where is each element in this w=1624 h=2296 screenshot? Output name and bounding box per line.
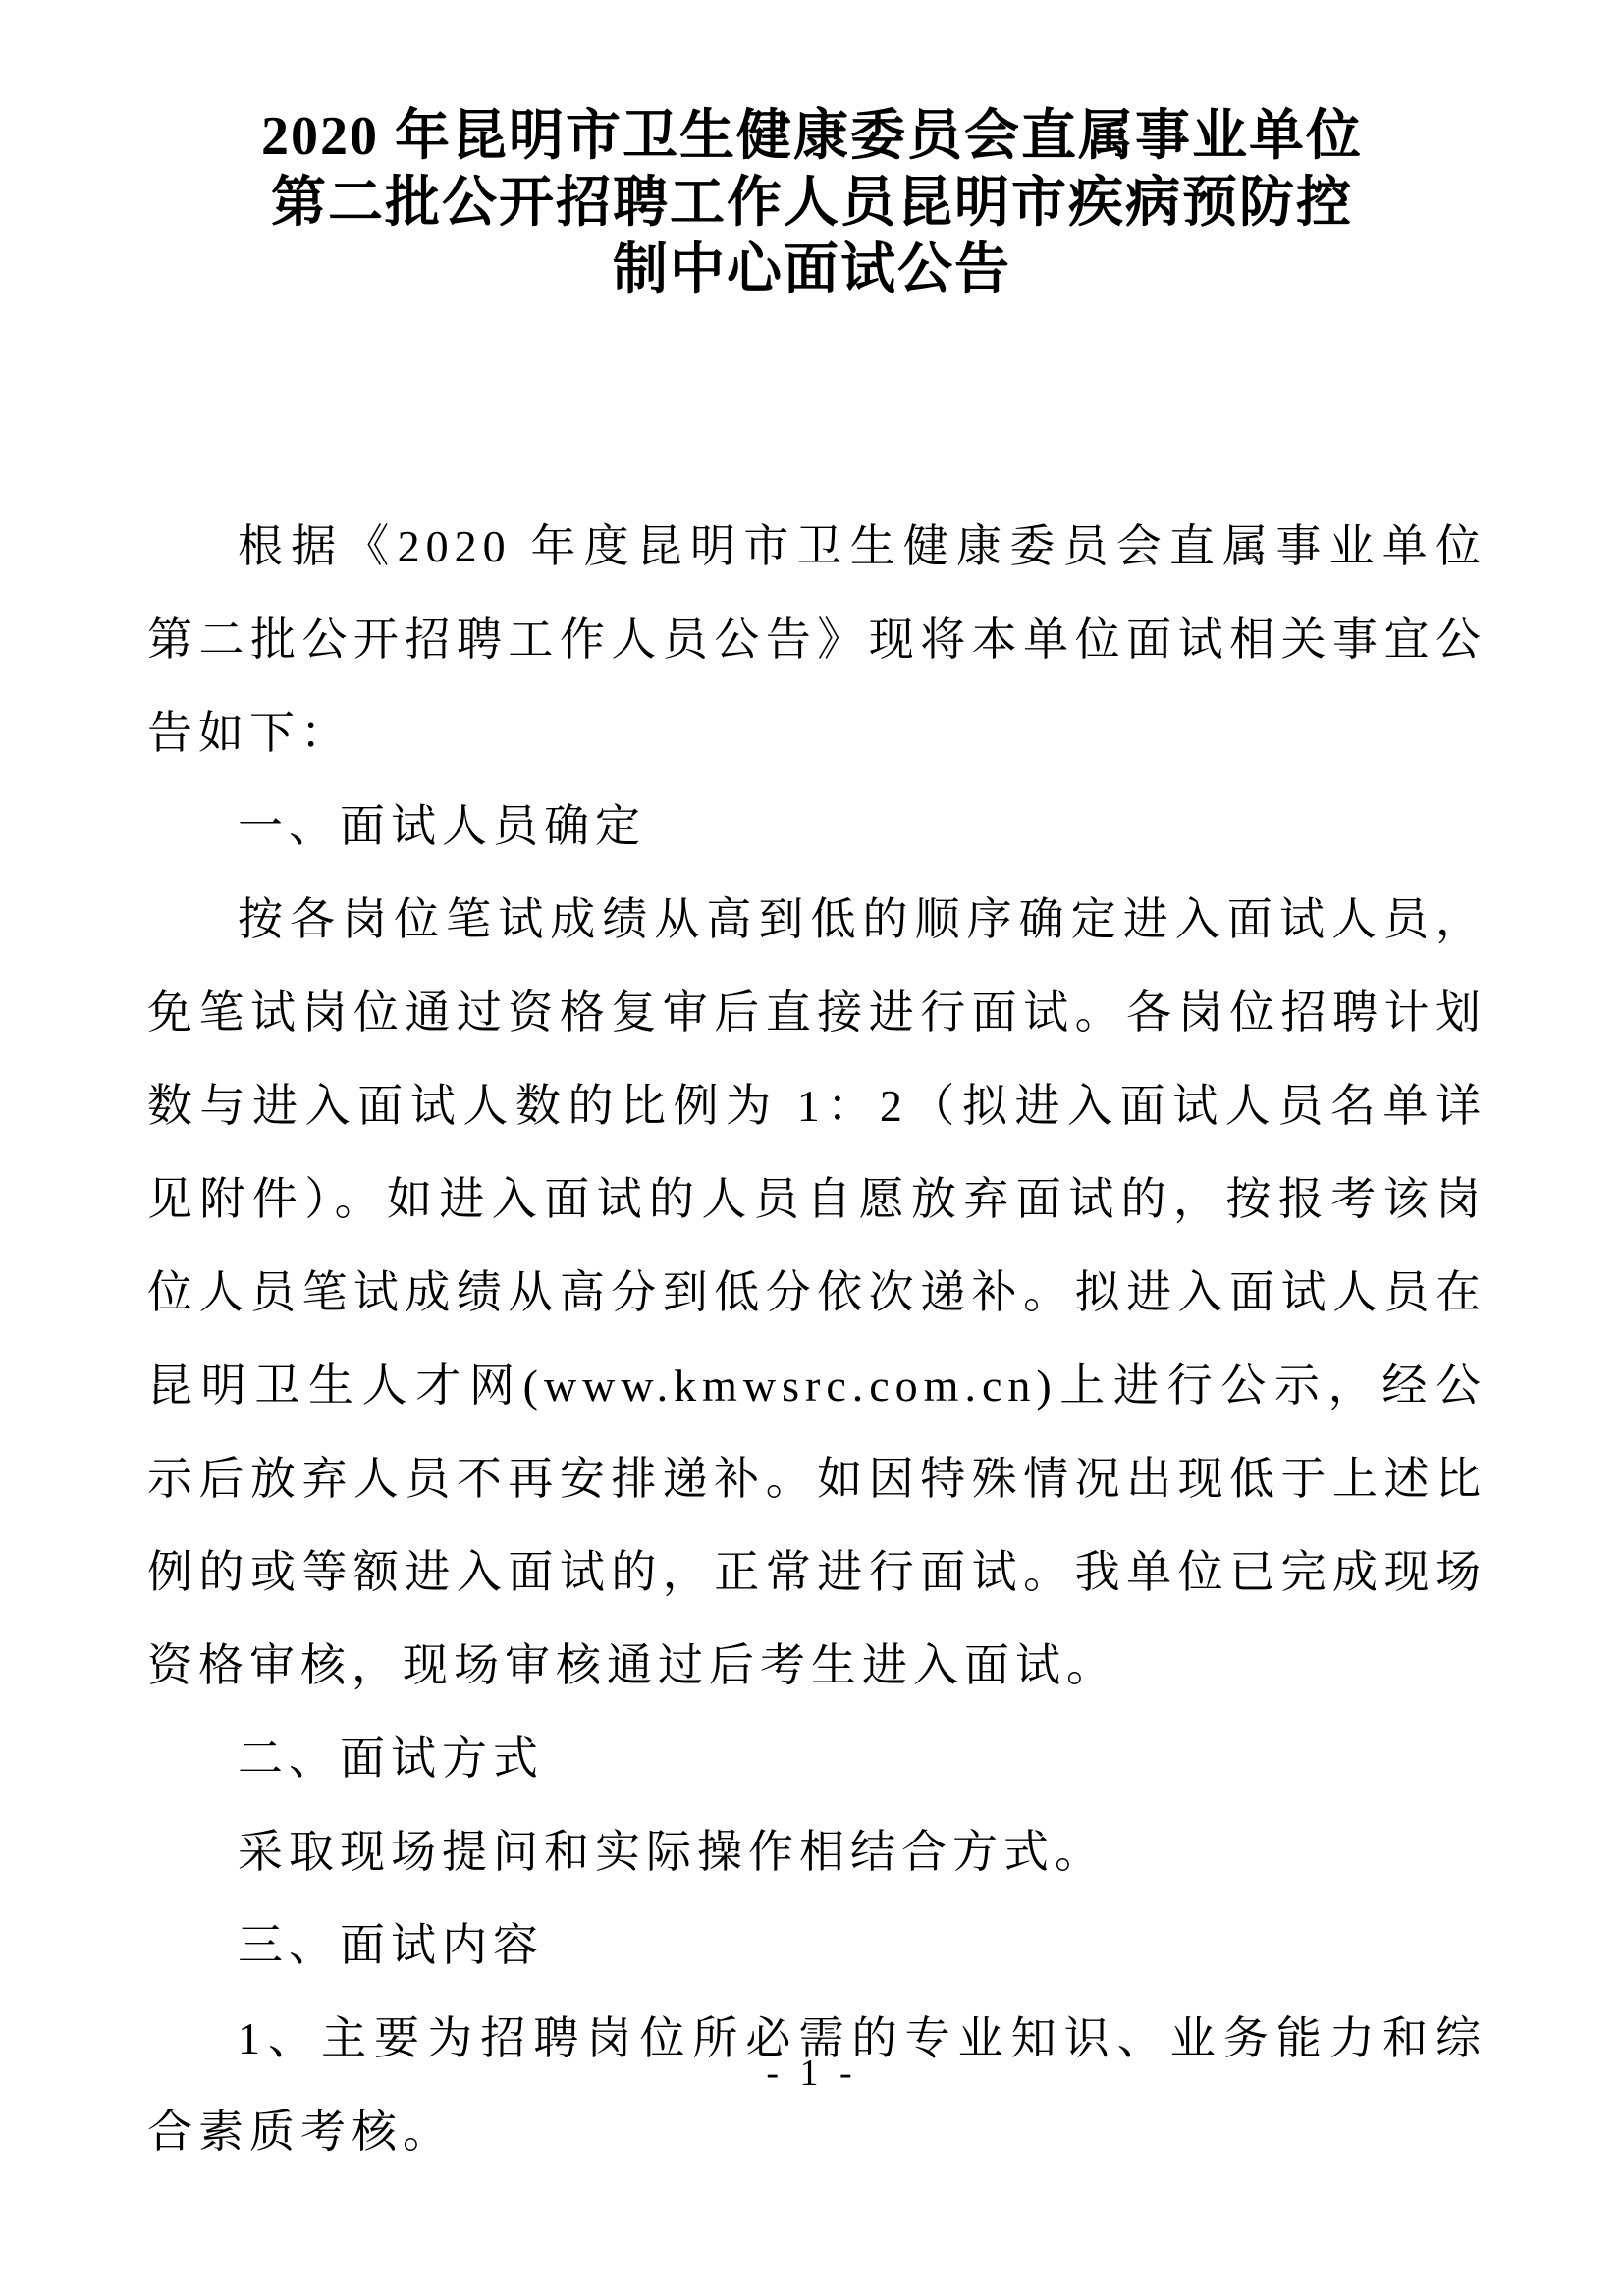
document-page: 2020 年昆明市卫生健康委员会直属事业单位 第二批公开招聘工作人员昆明市疾病预… <box>0 0 1624 2296</box>
section-heading-1: 一、面试人员确定 <box>147 779 1487 873</box>
section-1-body: 按各岗位笔试成绩从高到低的顺序确定进入面试人员，免笔试岗位通过资格复审后直接进行… <box>147 873 1487 1712</box>
title-line-1: 2020 年昆明市卫生健康委员会直属事业单位 <box>116 103 1508 170</box>
paragraph-intro: 根据《2020 年度昆明市卫生健康委员会直属事业单位第二批公开招聘工作人员公告》… <box>147 500 1487 779</box>
section-2-body: 采取现场提问和实际操作相结合方式。 <box>147 1805 1487 1898</box>
page-footer: - 1 - <box>0 2052 1624 2095</box>
document-body: 根据《2020 年度昆明市卫生健康委员会直属事业单位第二批公开招聘工作人员公告》… <box>147 500 1487 2178</box>
title-line-2: 第二批公开招聘工作人员昆明市疾病预防控 <box>116 170 1508 237</box>
page-number: - 1 - <box>766 2053 857 2094</box>
section-heading-3: 三、面试内容 <box>147 1898 1487 1992</box>
title-line-3: 制中心面试公告 <box>116 237 1508 303</box>
section-heading-2: 二、面试方式 <box>147 1712 1487 1805</box>
document-title: 2020 年昆明市卫生健康委员会直属事业单位 第二批公开招聘工作人员昆明市疾病预… <box>116 103 1508 303</box>
